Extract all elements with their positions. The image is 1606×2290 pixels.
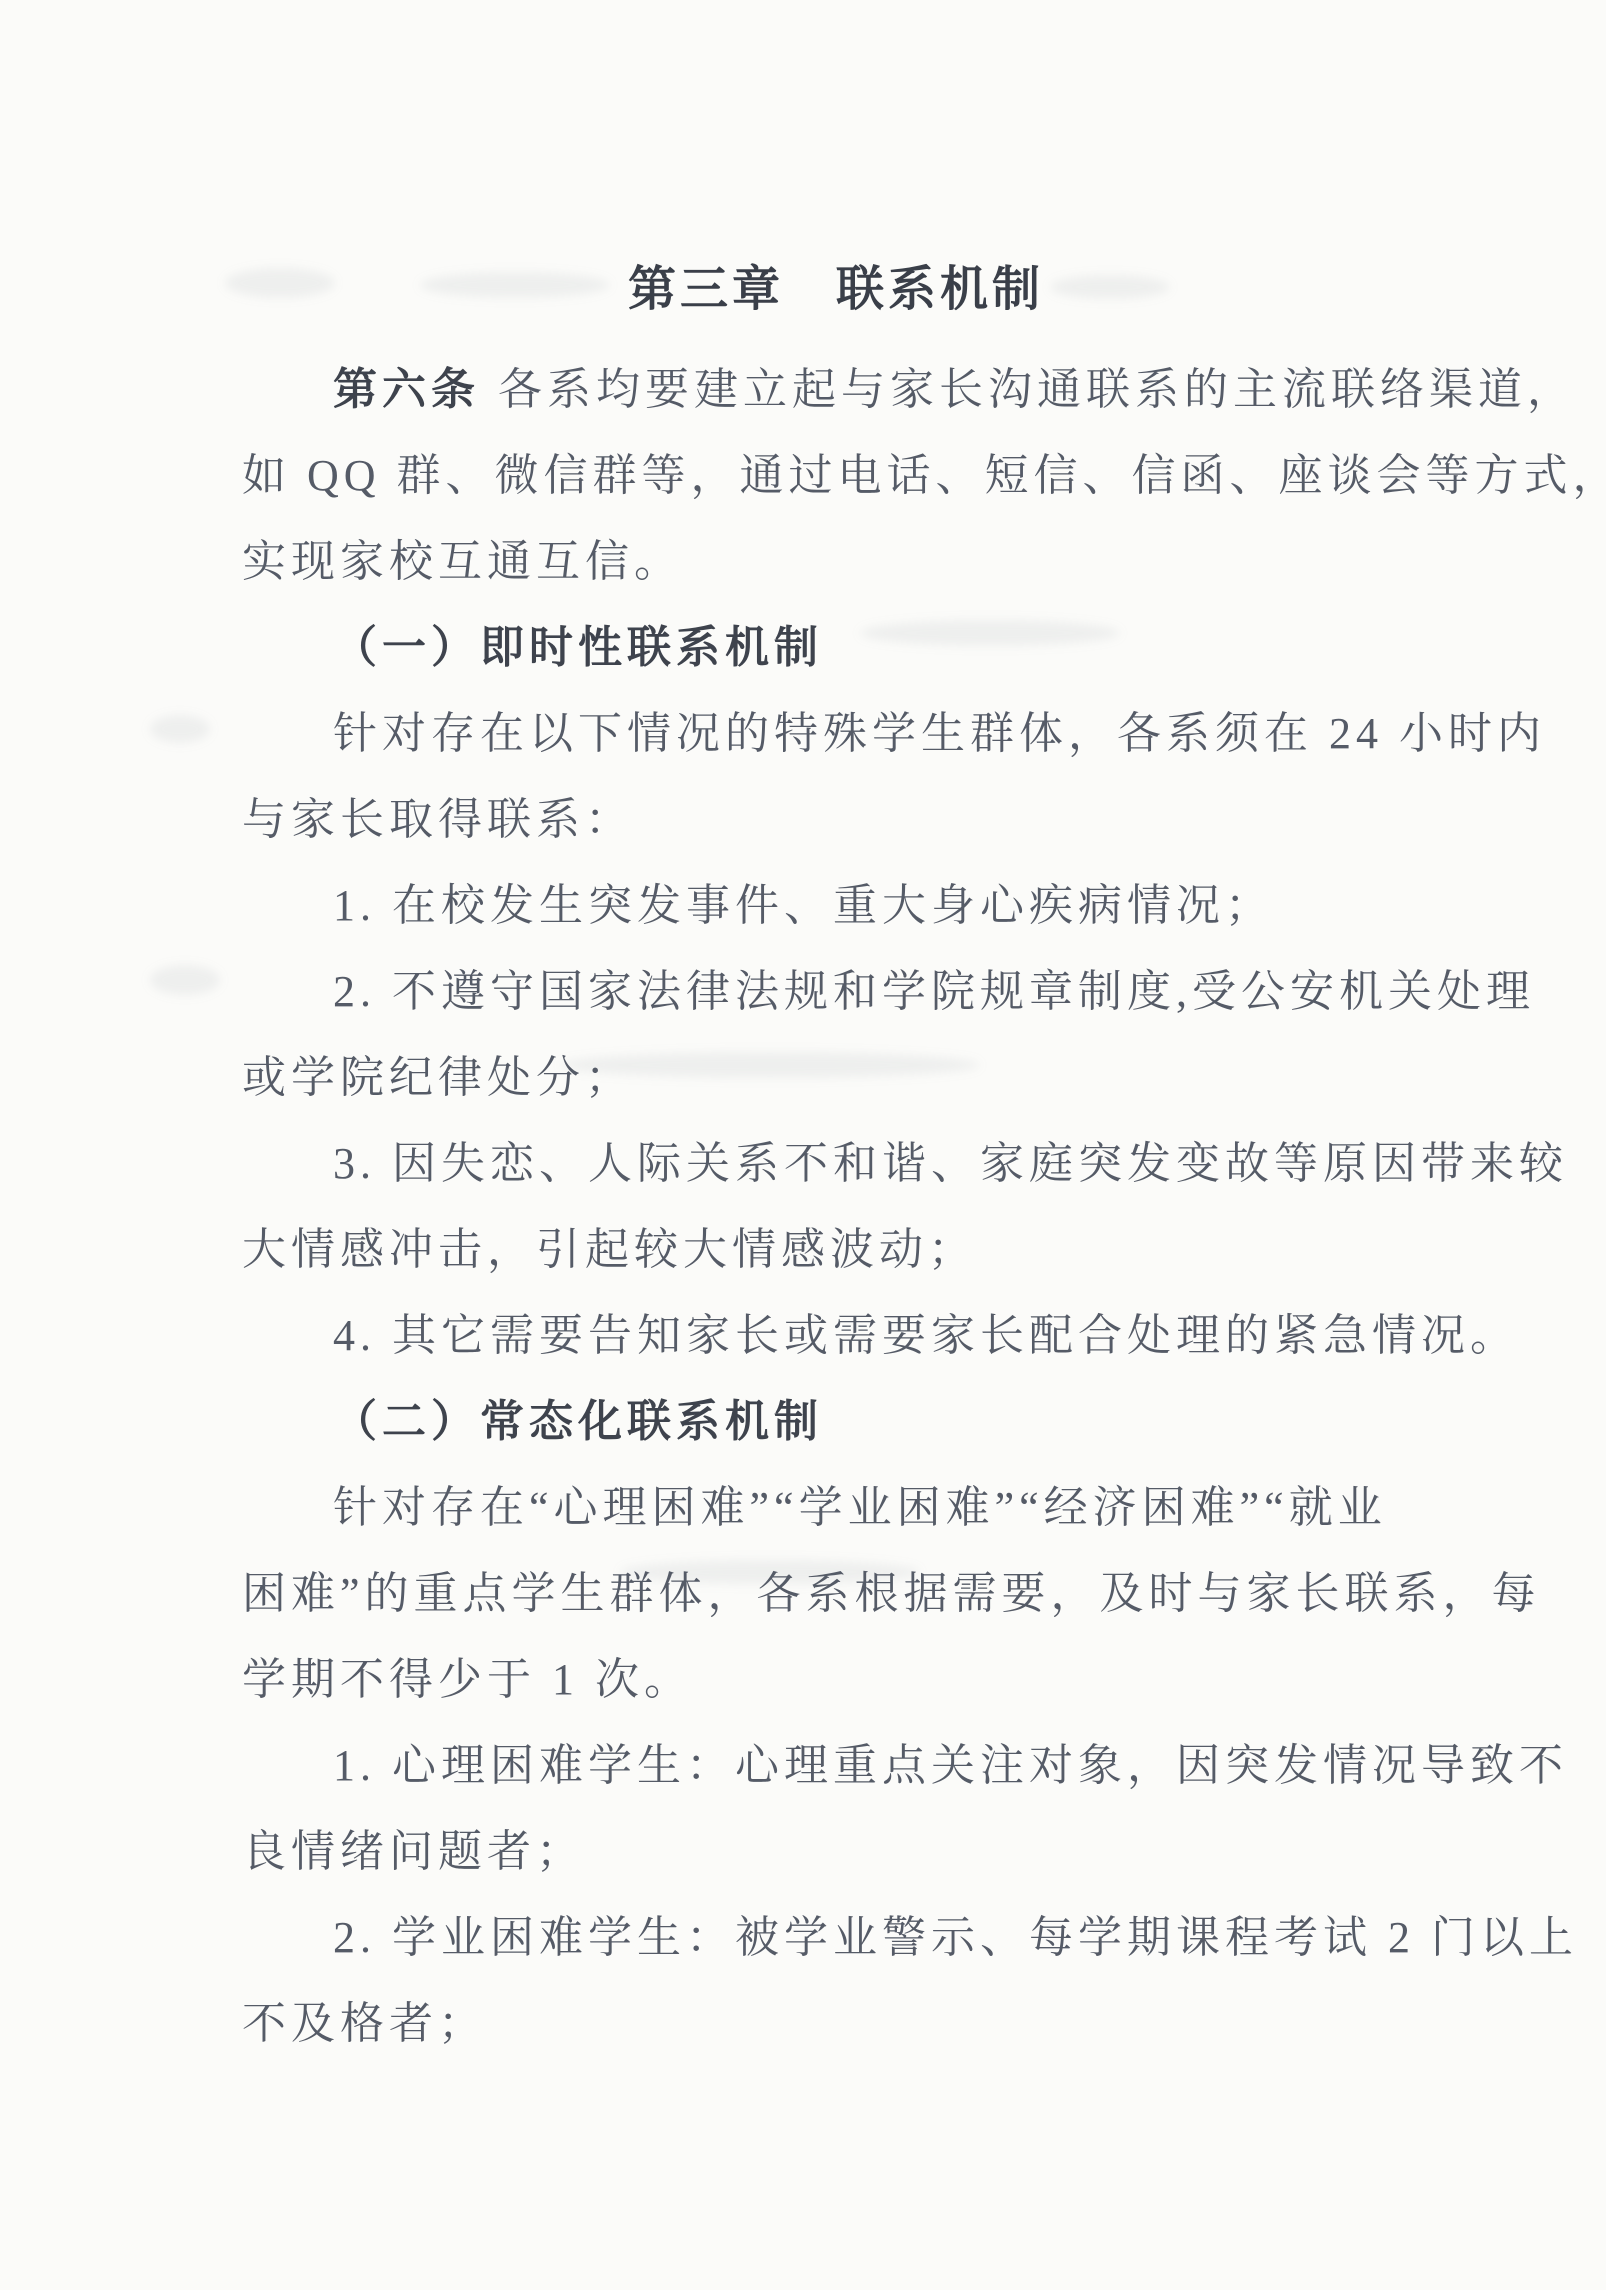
line-text: 3. 因失恋、人际关系不和谐、家庭突发变故等原因带来较: [333, 1139, 1568, 1188]
section-heading: （二）常态化联系机制: [242, 1379, 1430, 1465]
text-line: 与家长取得联系：: [242, 777, 1430, 863]
line-text: 困难”的重点学生群体，各系根据需要，及时与家长联系，每: [242, 1569, 1541, 1618]
line-text: 良情绪问题者；: [242, 1827, 585, 1876]
line-text: 4. 其它需要告知家长或需要家长配合处理的紧急情况。: [333, 1311, 1519, 1360]
line-text: 大情感冲击，引起较大情感波动；: [242, 1225, 977, 1274]
line-text: 1. 心理困难学生：心理重点关注对象，因突发情况导致不: [333, 1741, 1568, 1790]
line-text: 学期不得少于 1 次。: [242, 1655, 693, 1704]
line-text: （二）常态化联系机制: [333, 1397, 823, 1446]
text-line: 如 QQ 群、微信群等，通过电话、短信、信函、座谈会等方式，: [242, 433, 1430, 519]
line-text: 或学院纪律处分；: [242, 1053, 634, 1102]
text-line: 第六条各系均要建立起与家长沟通联系的主流联络渠道，: [242, 347, 1430, 433]
scanned-document-page: 第三章 联系机制 第六条各系均要建立起与家长沟通联系的主流联络渠道， 如 QQ …: [0, 0, 1606, 2290]
text-line: 困难”的重点学生群体，各系根据需要，及时与家长联系，每: [242, 1551, 1430, 1637]
line-text: 不及格者；: [242, 1999, 487, 2048]
text-line: 3. 因失恋、人际关系不和谐、家庭突发变故等原因带来较: [242, 1121, 1430, 1207]
line-text: 与家长取得联系：: [242, 795, 634, 844]
scan-artifact: [150, 965, 220, 995]
line-text: 针对存在以下情况的特殊学生群体，各系须在 24 小时内: [333, 709, 1546, 758]
text-line: 良情绪问题者；: [242, 1809, 1430, 1895]
text-line: 1. 心理困难学生：心理重点关注对象，因突发情况导致不: [242, 1723, 1430, 1809]
scan-artifact: [150, 715, 210, 743]
document-content: 第三章 联系机制 第六条各系均要建立起与家长沟通联系的主流联络渠道， 如 QQ …: [242, 247, 1430, 2067]
line-text: 1. 在校发生突发事件、重大身心疾病情况；: [333, 881, 1274, 930]
text-line: 4. 其它需要告知家长或需要家长配合处理的紧急情况。: [242, 1293, 1430, 1379]
text-line: 学期不得少于 1 次。: [242, 1637, 1430, 1723]
text-line: 不及格者；: [242, 1981, 1430, 2067]
text-line: 针对存在“心理困难”“学业困难”“经济困难”“就业: [242, 1465, 1430, 1551]
line-text: 针对存在“心理困难”“学业困难”“经济困难”“就业: [333, 1483, 1387, 1532]
section-heading: （一）即时性联系机制: [242, 605, 1430, 691]
line-text: 如 QQ 群、微信群等，通过电话、短信、信函、座谈会等方式，: [242, 451, 1606, 500]
text-line: 或学院纪律处分；: [242, 1035, 1430, 1121]
text-line: 大情感冲击，引起较大情感波动；: [242, 1207, 1430, 1293]
text-line: 针对存在以下情况的特殊学生群体，各系须在 24 小时内: [242, 691, 1430, 777]
text-line: 1. 在校发生突发事件、重大身心疾病情况；: [242, 863, 1430, 949]
line-text: 2. 学业困难学生：被学业警示、每学期课程考试 2 门以上: [333, 1913, 1578, 1962]
chapter-title: 第三章 联系机制: [242, 247, 1430, 333]
line-text: 各系均要建立起与家长沟通联系的主流联络渠道，: [498, 365, 1576, 414]
article-number-bold: 第六条: [333, 365, 480, 414]
line-text: 2. 不遵守国家法律法规和学院规章制度,受公安机关处理: [333, 967, 1535, 1016]
text-line: 2. 学业困难学生：被学业警示、每学期课程考试 2 门以上: [242, 1895, 1430, 1981]
line-text: （一）即时性联系机制: [333, 623, 823, 672]
text-line: 实现家校互通互信。: [242, 519, 1430, 605]
line-text: 实现家校互通互信。: [242, 537, 683, 586]
text-line: 2. 不遵守国家法律法规和学院规章制度,受公安机关处理: [242, 949, 1430, 1035]
